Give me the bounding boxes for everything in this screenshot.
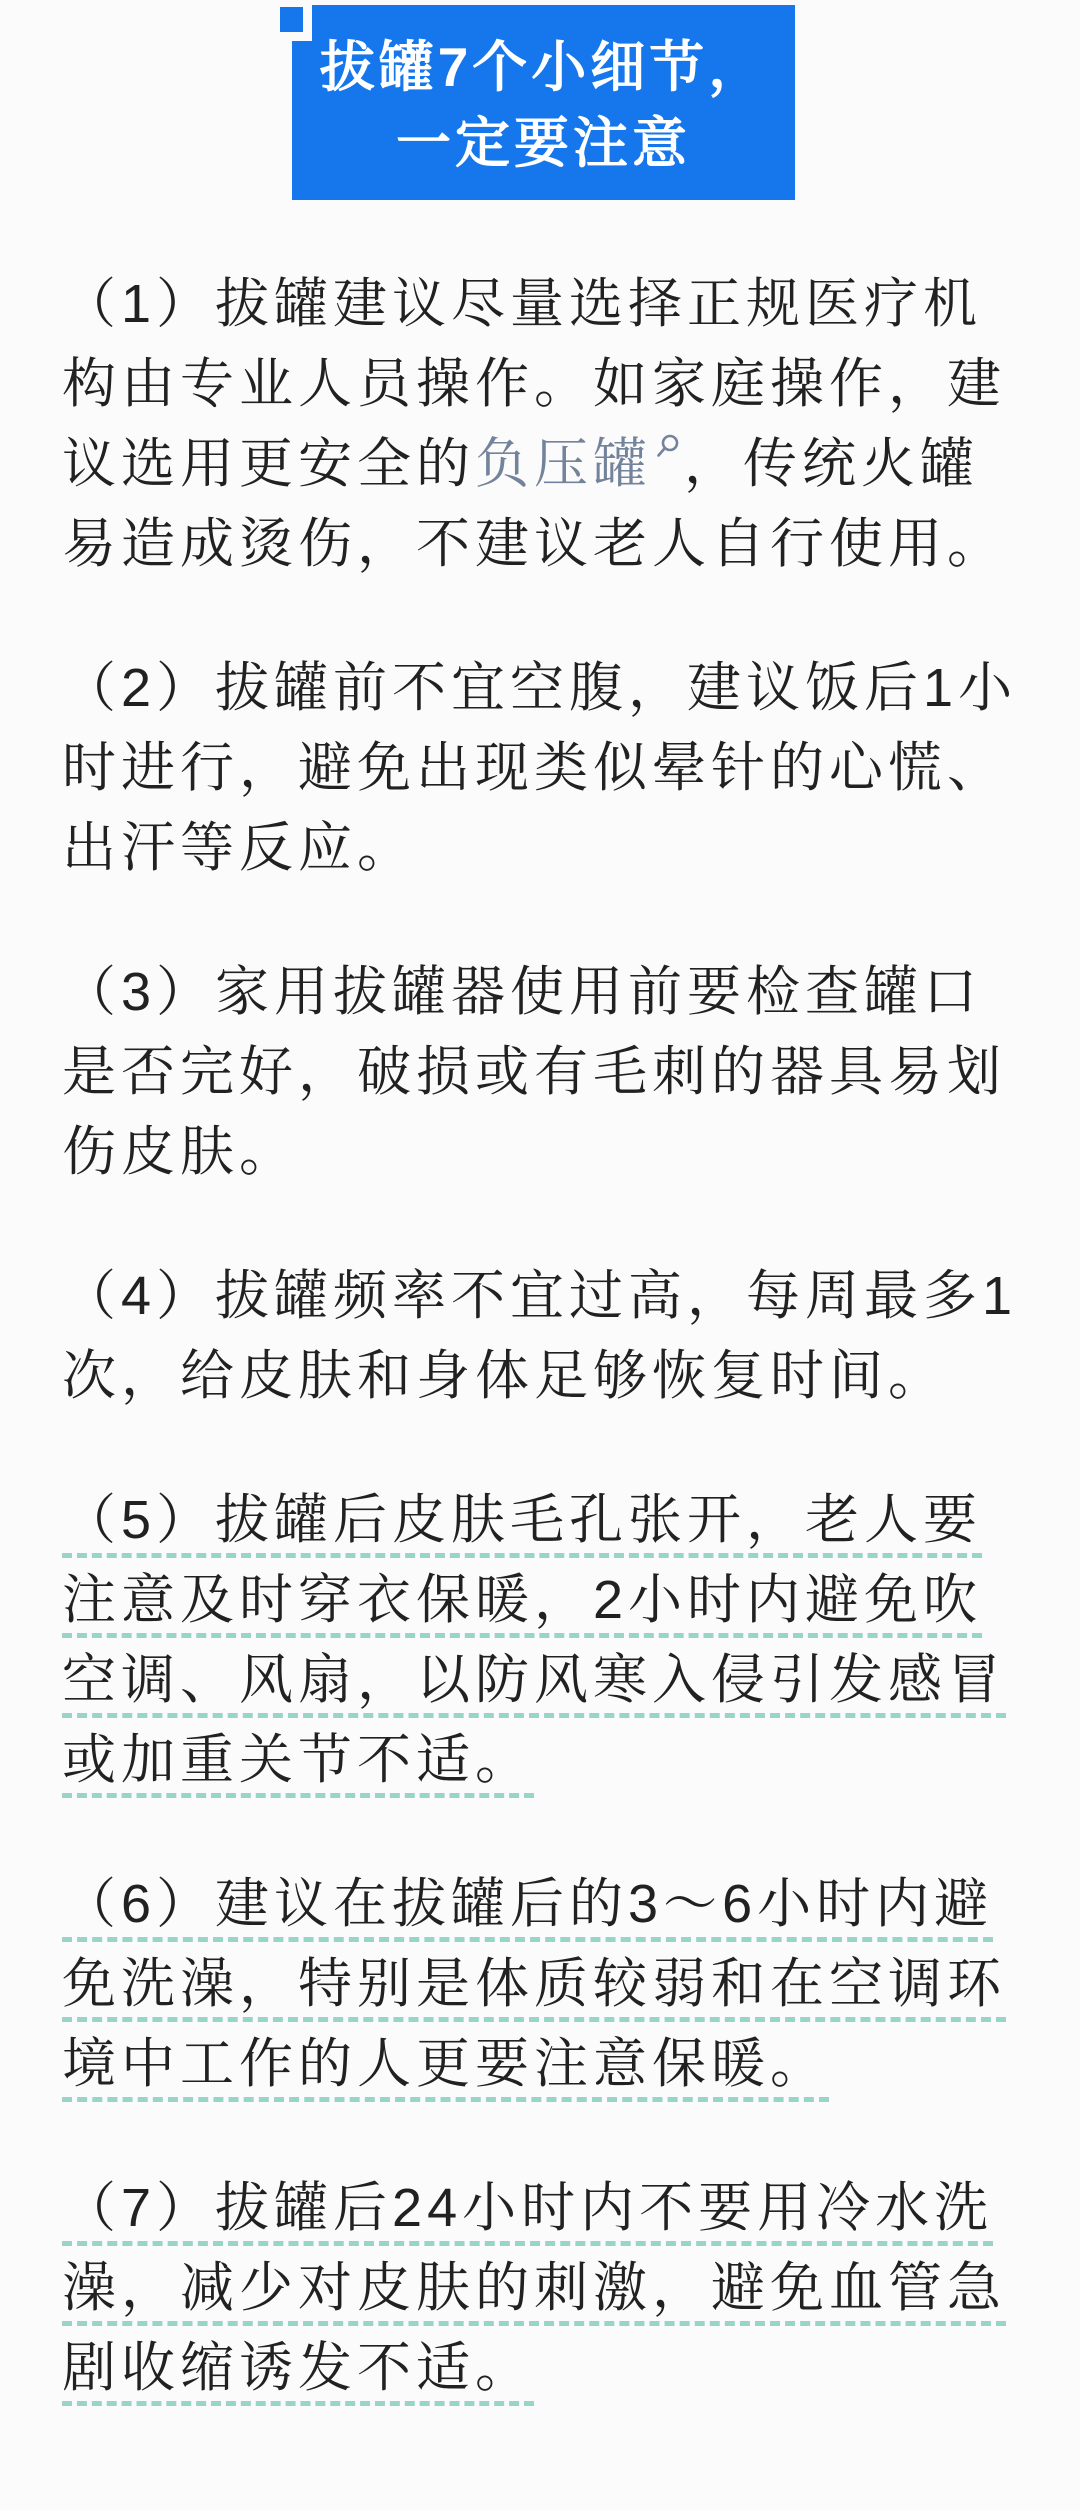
link-label[interactable]: 负压罐 [475, 434, 652, 494]
negative-pressure-cup-link[interactable]: 负压罐 [475, 434, 684, 494]
tip-paragraph-2: （2）拔罐前不宜空腹，建议饭后1小时进行，避免出现类似晕针的心慌、出汗等反应。 [62, 648, 1022, 888]
search-icon[interactable] [654, 434, 680, 460]
tip-paragraph-4: （4）拔罐频率不宜过高，每周最多1次，给皮肤和身体足够恢复时间。 [62, 1256, 1022, 1416]
article-body: （1）拔罐建议尽量选择正规医疗机构由专业人员操作。如家庭操作，建议选用更安全的负… [0, 200, 1080, 2408]
tip-paragraph-7: （7）拔罐后24小时内不要用冷水洗澡，减少对皮肤的刺激，避免血管急剧收缩诱发不适… [62, 2168, 1022, 2408]
header: 拔罐7个小细节， 一定要注意 [0, 0, 1080, 200]
title-box: 拔罐7个小细节， 一定要注意 [292, 5, 795, 200]
corner-square-decoration [271, 0, 312, 41]
page-title-line-2: 一定要注意 [292, 105, 795, 181]
tip-paragraph-6: （6）建议在拔罐后的3～6小时内避免洗澡，特别是体质较弱和在空调环境中工作的人更… [62, 1864, 1022, 2104]
tip-paragraph-5: （5）拔罐后皮肤毛孔张开，老人要注意及时穿衣保暖，2小时内避免吹空调、风扇，以防… [62, 1480, 1022, 1800]
page-title-line-1: 拔罐7个小细节， [292, 29, 795, 105]
tip-paragraph-3: （3）家用拔罐器使用前要检查罐口是否完好，破损或有毛刺的器具易划伤皮肤。 [62, 952, 1022, 1192]
tip-paragraph-1: （1）拔罐建议尽量选择正规医疗机构由专业人员操作。如家庭操作，建议选用更安全的负… [62, 264, 1022, 584]
